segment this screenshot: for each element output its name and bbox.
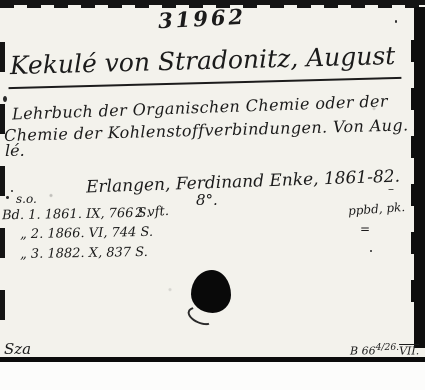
accession-roman: VII. [399, 345, 419, 358]
see-also-note: s.o. [16, 192, 37, 206]
scan-edge-right-jag [411, 40, 414, 320]
accession-fraction: 4/26. [376, 342, 399, 353]
imprint-line: Erlangen, Ferdinand Enke, 1861-82. [86, 167, 401, 198]
title-line-3: lé. [5, 141, 25, 160]
accession-mark: B 664/26.VII. [350, 342, 419, 358]
volume-line-3: „ 3. 1882. X, 837 S. [20, 245, 148, 262]
speckle [11, 190, 13, 192]
format-mark: 8°. [196, 191, 218, 209]
speckle [395, 20, 397, 23]
librarian-initials: Sza [4, 340, 31, 358]
copies-note: 2 vft. [135, 204, 170, 221]
catalog-number: 31962 [157, 4, 246, 34]
volume-line-1: Bd. 1. 1861. IX, 766 S. [2, 206, 150, 224]
binding-note: ppbd, pk. [348, 200, 406, 218]
scan-edge-top-jag [0, 5, 425, 8]
speckle [6, 196, 9, 199]
author-heading: Kekulé von Stradonitz, August [8, 41, 402, 89]
scan-background [0, 362, 425, 390]
dash-mark: – [388, 182, 394, 196]
catalog-card: 31962 Kekulé von Stradonitz, August Lehr… [0, 0, 425, 362]
volume-line-2: „ 2. 1866. VI, 744 S. [20, 225, 153, 242]
scan-edge-right [414, 7, 425, 348]
scan-edge-left [0, 42, 5, 342]
double-dash-mark: = [360, 222, 369, 236]
speckle [370, 250, 372, 252]
accession-prefix: B 66 [350, 345, 376, 358]
